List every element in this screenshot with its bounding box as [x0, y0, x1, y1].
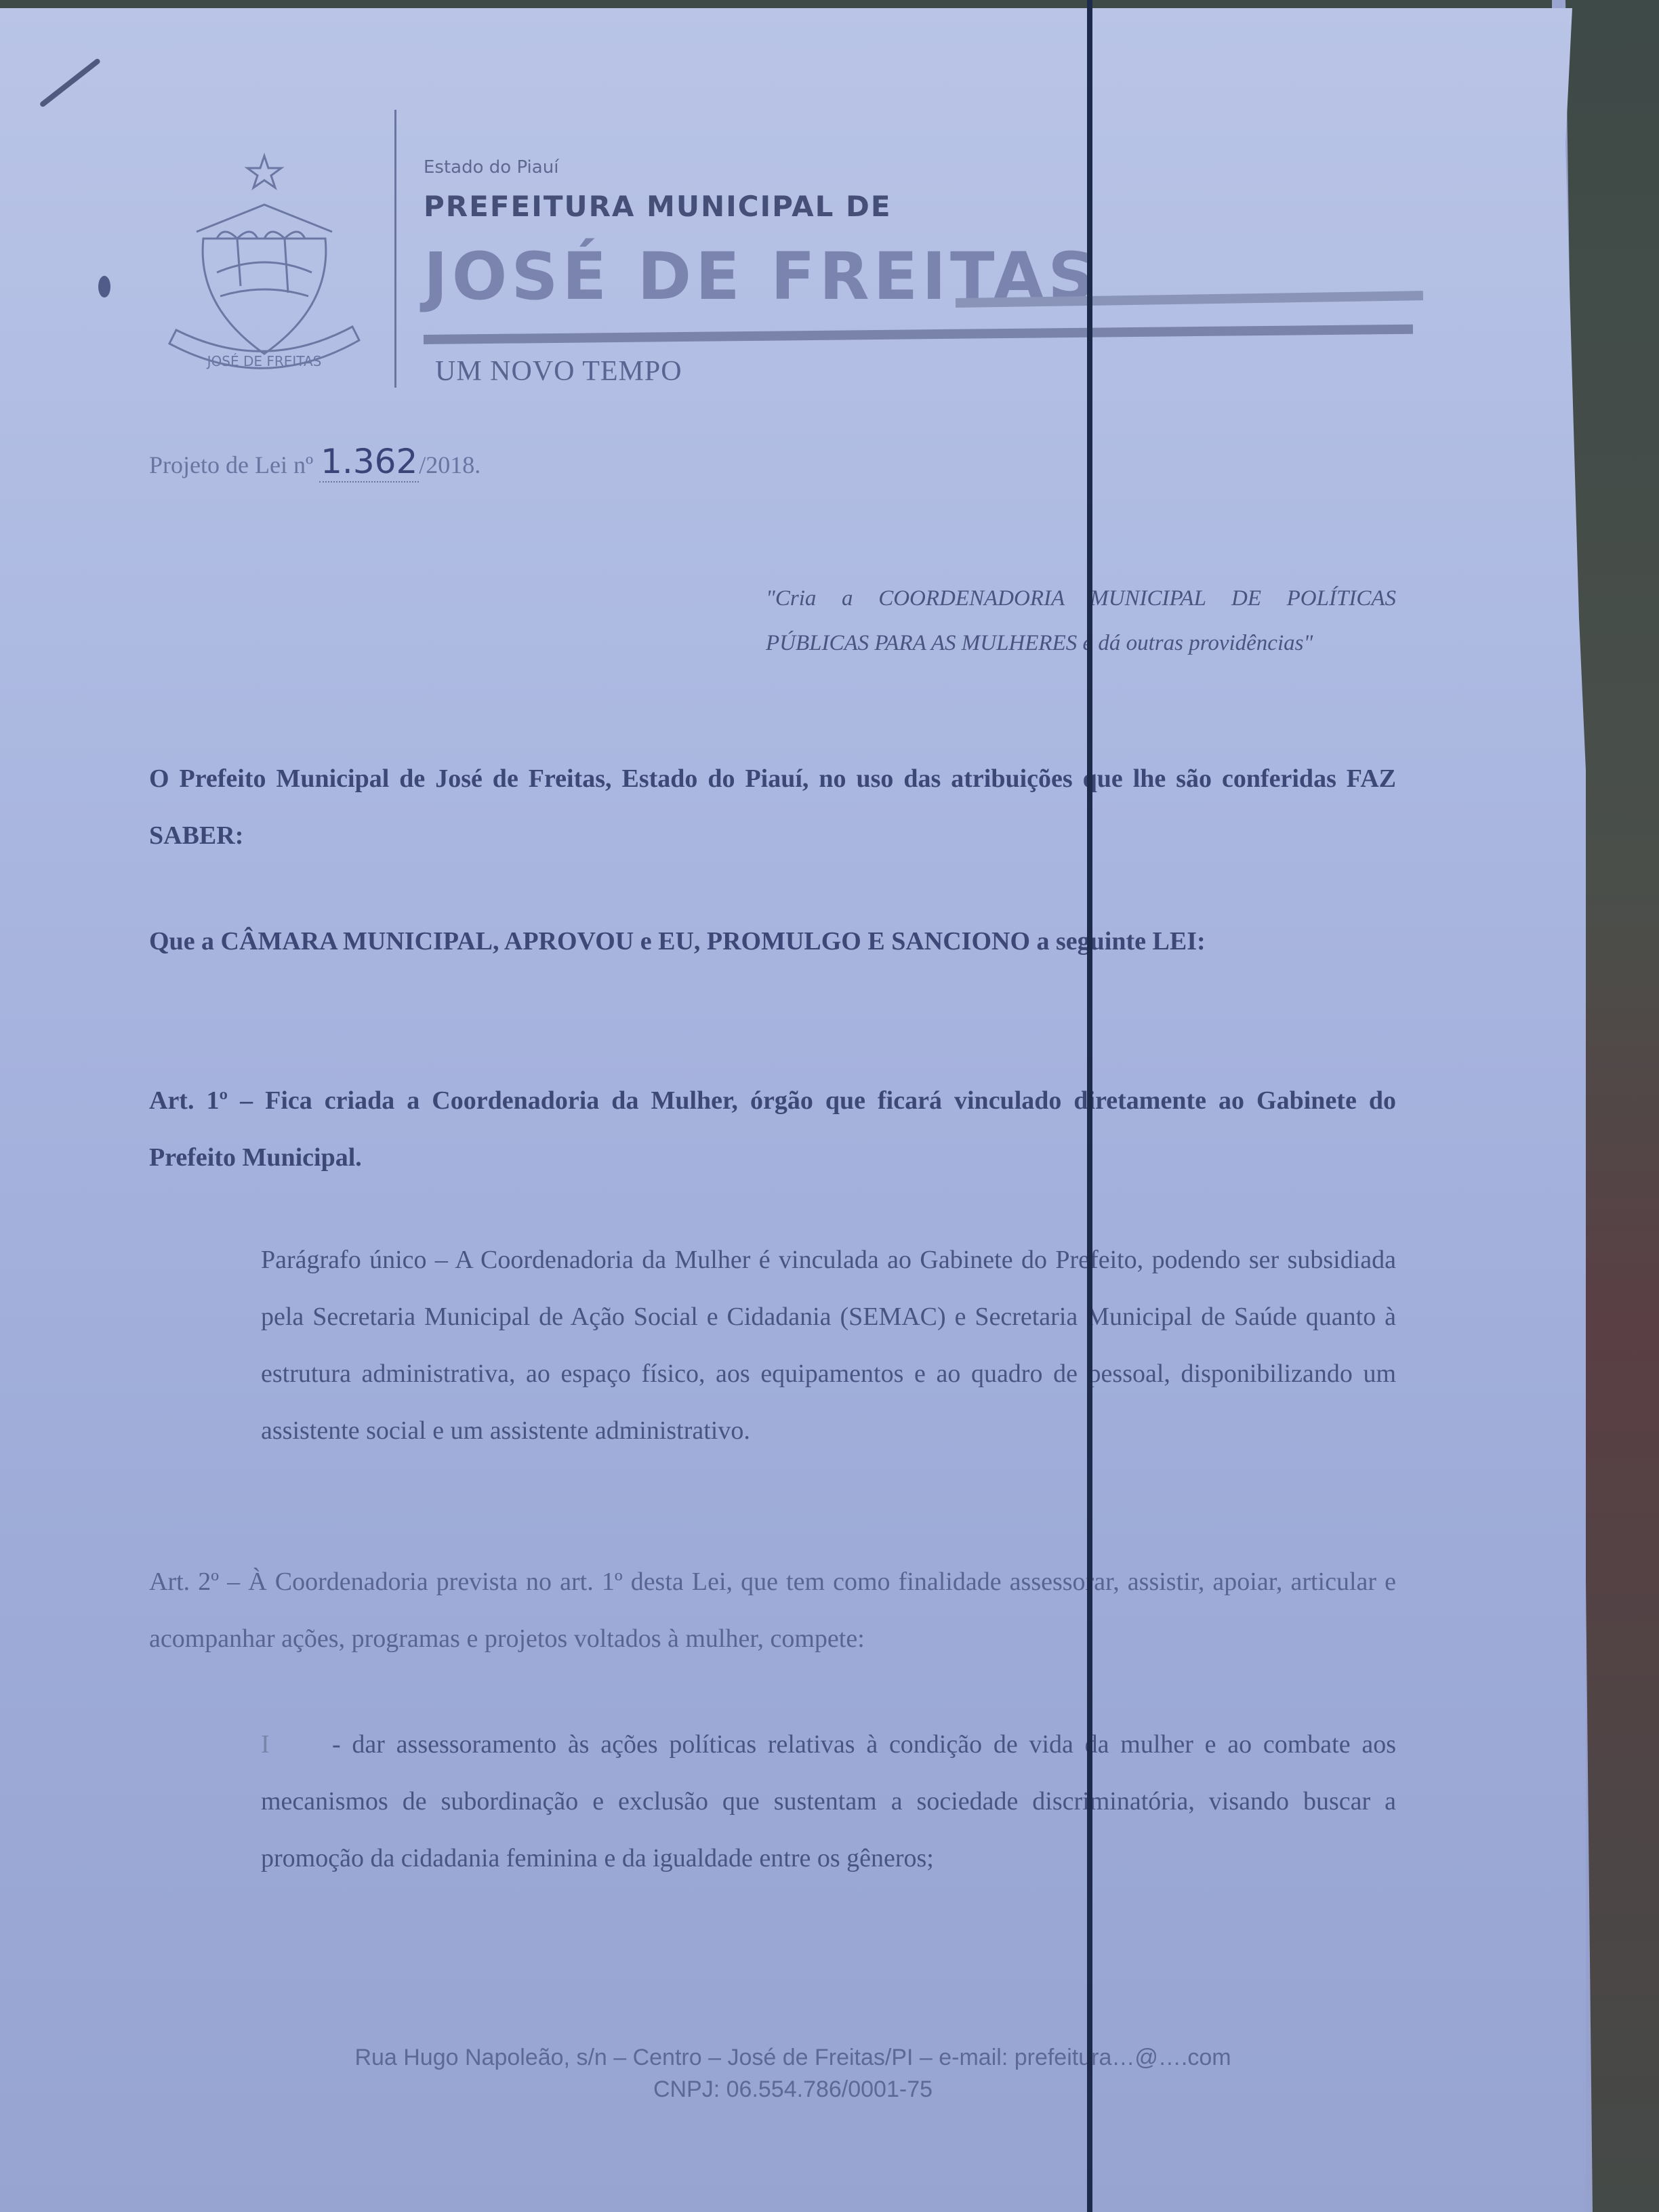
- paper-edge-line: [1087, 0, 1092, 2212]
- bill-label: Projeto de Lei nº: [149, 451, 313, 478]
- ementa: "Cria a COORDENADORIA MUNICIPAL DE POLÍT…: [766, 576, 1396, 665]
- state-label: Estado do Piauí: [424, 157, 558, 178]
- pen-mark: [39, 58, 102, 108]
- footer-cnpj: CNPJ: 06.554.786/0001-75: [0, 2076, 1586, 2103]
- article-1-paragraph: Parágrafo único – A Coordenadoria da Mul…: [261, 1231, 1396, 1459]
- institution-label: PREFEITURA MUNICIPAL DE: [424, 190, 892, 223]
- bill-year: /2018.: [419, 451, 480, 478]
- bill-number: Projeto de Lei nº 1.362/2018.: [149, 442, 480, 481]
- ink-smudge: [98, 276, 110, 298]
- article-1: Art. 1º – Fica criada a Coordenadoria da…: [149, 1072, 1396, 1186]
- header-divider: [394, 110, 396, 388]
- municipal-crest-icon: JOSÉ DE FREITAS: [156, 150, 373, 381]
- svg-text:JOSÉ DE FREITAS: JOSÉ DE FREITAS: [206, 353, 322, 369]
- header-rule: [424, 325, 1413, 344]
- article-2: Art. 2º – À Coordenadoria prevista no ar…: [149, 1553, 1396, 1667]
- preamble: O Prefeito Municipal de José de Freitas,…: [149, 750, 1396, 864]
- inciso-number: I: [261, 1716, 332, 1773]
- footer-address: Rua Hugo Napoleão, s/n – Centro – José d…: [0, 2045, 1586, 2071]
- handwritten-number: 1.362: [319, 442, 419, 483]
- slogan: UM NOVO TEMPO: [435, 355, 682, 388]
- enactment-clause: Que a CÂMARA MUNICIPAL, APROVOU e EU, PR…: [149, 913, 1396, 970]
- article-2-inciso-1: I- dar assessoramento às ações políticas…: [261, 1716, 1396, 1887]
- inciso-text: - dar assessoramento às ações políticas …: [261, 1730, 1396, 1872]
- document-page: JOSÉ DE FREITAS Estado do Piauí PREFEITU…: [0, 8, 1586, 2212]
